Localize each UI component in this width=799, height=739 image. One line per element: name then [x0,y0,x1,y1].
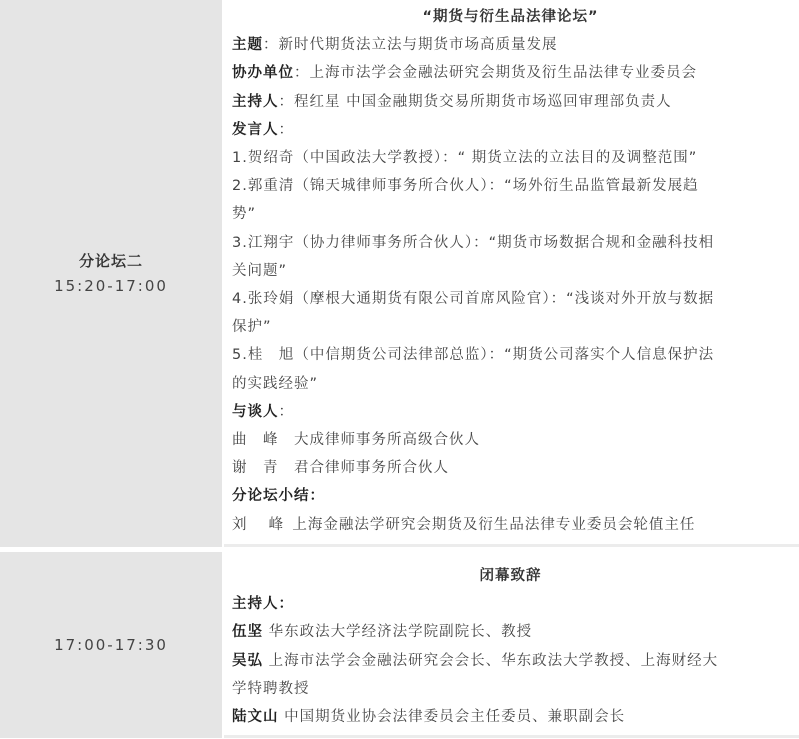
co-organizer-label: 协办单位 [232,65,294,81]
speaker-item-cont: 势” [232,200,789,228]
time-cell: 17:00-17:30 [0,552,222,738]
speaker-item-cont: 保护” [232,313,789,341]
theme-label: 主题 [232,37,263,53]
panelist-role: 大成律师事务所高级合伙人 [294,432,480,448]
person-role-cont: 学特聘教授 [232,675,789,703]
panelist-role: 君合律师事务所合伙人 [294,460,449,476]
panelist-item: 曲 峰 大成律师事务所高级合伙人 [232,426,789,454]
panelist-name: 曲 峰 [232,432,279,448]
person-role: 中国期货业协会法律委员会主任委员、兼职副会长 [284,709,625,725]
person-name: 陆文山 [232,709,279,725]
person-name: 吴弘 [232,653,263,669]
panelist-item: 谢 青 君合律师事务所合伙人 [232,454,789,482]
session-title: “期货与衍生品法律论坛” [232,3,789,31]
time-cell: 分论坛二 15:20-17:00 [0,0,222,547]
agenda-row-closing: 17:00-17:30 闭幕致辞 主持人： 伍坚 华东政法大学经济法学院副院长、… [0,552,799,738]
person-item: 伍坚 华东政法大学经济法学院副院长、教授 [232,618,789,646]
speaker-item-cont: 关问题” [232,257,789,285]
session-details: “期货与衍生品法律论坛” 主题：新时代期货法立法与期货市场高质量发展 协办单位：… [224,0,799,547]
speaker-item: 4.张玲娟（摩根大通期货有限公司首席风险官）：“浅谈对外开放与数据 [232,285,789,313]
co-organizer-value: 上海市法学会金融法研究会期货及衍生品法律专业委员会 [310,65,698,81]
session-time: 17:00-17:30 [54,632,168,658]
agenda-row-subforum-2: 分论坛二 15:20-17:00 “期货与衍生品法律论坛” 主题：新时代期货法立… [0,0,799,547]
session-title: 闭幕致辞 [232,562,789,590]
host-label: 主持人 [232,94,279,110]
theme-value: 新时代期货法立法与期货市场高质量发展 [279,37,558,53]
speaker-item: 3.江翔宇（协力律师事务所合伙人）：“期货市场数据合规和金融科技相 [232,229,789,257]
theme-line: 主题：新时代期货法立法与期货市场高质量发展 [232,31,789,59]
host-line: 主持人：程红星 中国金融期货交易所期货市场巡回审理部负责人 [232,88,789,116]
speaker-item: 2.郭重清（锦天城律师事务所合伙人）：“场外衍生品监管最新发展趋 [232,172,789,200]
person-role: 华东政法大学经济法学院副院长、教授 [269,624,533,640]
panelist-name: 谢 青 [232,460,279,476]
speakers-heading: 发言人： [232,116,789,144]
speaker-item: 1.贺绍奇（中国政法大学教授）：“ 期货立法的立法目的及调整范围” [232,144,789,172]
summary-name: 刘 峰 [232,517,284,533]
panelists-heading: 与谈人： [232,398,789,426]
person-role: 上海市法学会金融法研究会会长、华东政法大学教授、上海财经大 [269,653,719,669]
person-item: 吴弘 上海市法学会金融法研究会会长、华东政法大学教授、上海财经大 [232,647,789,675]
session-name: 分论坛二 [79,249,143,273]
session-time: 15:20-17:00 [54,273,168,299]
host-value: 程红星 中国金融期货交易所期货市场巡回审理部负责人 [294,94,672,110]
speaker-item: 5.桂 旭（中信期货公司法律部总监）：“期货公司落实个人信息保护法 [232,341,789,369]
summary-role: 上海金融法学研究会期货及衍生品法律专业委员会轮值主任 [292,517,695,533]
host-heading: 主持人： [232,590,789,618]
summary-heading: 分论坛小结： [232,482,789,510]
person-name: 伍坚 [232,624,263,640]
person-item: 陆文山 中国期货业协会法律委员会主任委员、兼职副会长 [232,703,789,731]
agenda-table: 分论坛二 15:20-17:00 “期货与衍生品法律论坛” 主题：新时代期货法立… [0,0,799,738]
co-organizer-line: 协办单位：上海市法学会金融法研究会期货及衍生品法律专业委员会 [232,59,789,87]
session-details: 闭幕致辞 主持人： 伍坚 华东政法大学经济法学院副院长、教授 吴弘 上海市法学会… [224,552,799,738]
speaker-item-cont: 的实践经验” [232,370,789,398]
summary-item: 刘 峰 上海金融法学研究会期货及衍生品法律专业委员会轮值主任 [232,511,789,539]
